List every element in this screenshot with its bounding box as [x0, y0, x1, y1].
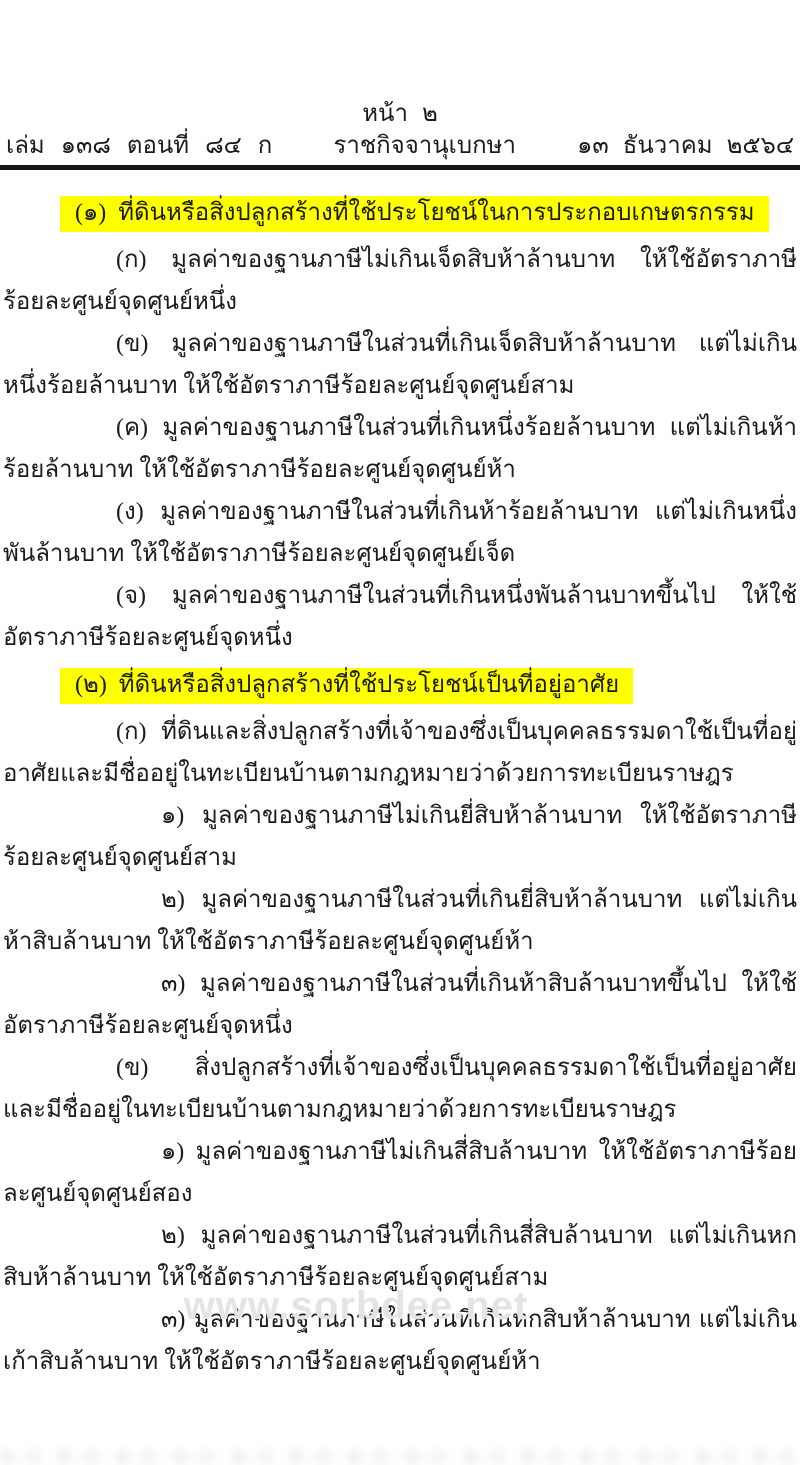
paragraph-1e: (จ) มูลค่าของฐานภาษีในส่วนที่เกินหนึ่งพั…	[3, 575, 797, 659]
paragraph-1b: (ข) มูลค่าของฐานภาษีในส่วนที่เกินเจ็ดสิบ…	[3, 323, 797, 407]
publication-date: ๑๓ ธันวาคม ๒๕๖๔	[577, 130, 794, 162]
paragraph-2a-2: ๒) มูลค่าของฐานภาษีในส่วนที่เกินยี่สิบห้…	[3, 879, 797, 963]
paragraph-1d: (ง) มูลค่าของฐานภาษีในส่วนที่เกินห้าร้อย…	[3, 491, 797, 575]
paragraph-2a-1: ๑) มูลค่าของฐานภาษีไม่เกินยี่สิบห้าล้านบ…	[3, 795, 797, 879]
paragraph-1a: (ก) มูลค่าของฐานภาษีไม่เกินเจ็ดสิบห้าล้า…	[3, 239, 797, 323]
blurred-scan-strip	[0, 1449, 800, 1465]
document-body: (๑) ที่ดินหรือสิ่งปลูกสร้างที่ใช้ประโยชน…	[0, 170, 800, 1383]
paragraph-2b-2: ๒) มูลค่าของฐานภาษีในส่วนที่เกินสี่สิบล้…	[3, 1215, 797, 1299]
paragraph-1c: (ค) มูลค่าของฐานภาษีในส่วนที่เกินหนึ่งร้…	[3, 407, 797, 491]
clause-1-highlight: (๑) ที่ดินหรือสิ่งปลูกสร้างที่ใช้ประโยชน…	[60, 196, 769, 232]
volume-issue-label: เล่ม ๑๓๘ ตอนที่ ๘๔ ก	[6, 130, 272, 162]
clause-2-header: (๒) ที่ดินหรือสิ่งปลูกสร้างที่ใช้ประโยชน…	[3, 664, 797, 706]
paragraph-2a: (ก) ที่ดินและสิ่งปลูกสร้างที่เจ้าของซึ่ง…	[3, 711, 797, 795]
paragraph-2b-1: ๑) มูลค่าของฐานภาษีไม่เกินสี่สิบล้านบาท …	[3, 1131, 797, 1215]
paragraph-2b-3: ๓) มูลค่าของฐานภาษีในส่วนที่เกินหกสิบห้า…	[3, 1299, 797, 1383]
gazette-page: หน้า ๒ เล่ม ๑๓๘ ตอนที่ ๘๔ ก ราชกิจจานุเบ…	[0, 0, 800, 1465]
gazette-header: หน้า ๒ เล่ม ๑๓๘ ตอนที่ ๘๔ ก ราชกิจจานุเบ…	[0, 0, 800, 170]
clause-1-header: (๑) ที่ดินหรือสิ่งปลูกสร้างที่ใช้ประโยชน…	[3, 192, 797, 234]
masthead-row: เล่ม ๑๓๘ ตอนที่ ๘๔ ก ราชกิจจานุเบกษา ๑๓ …	[0, 130, 800, 162]
clause-2-highlight: (๒) ที่ดินหรือสิ่งปลูกสร้างที่ใช้ประโยชน…	[60, 668, 633, 704]
paragraph-2a-3: ๓) มูลค่าของฐานภาษีในส่วนที่เกินห้าสิบล้…	[3, 963, 797, 1047]
gazette-title: ราชกิจจานุเบกษา	[333, 130, 515, 162]
paragraph-2b: (ข) สิ่งปลูกสร้างที่เจ้าของซึ่งเป็นบุคคล…	[3, 1047, 797, 1131]
page-number-label: หน้า ๒	[0, 100, 800, 128]
